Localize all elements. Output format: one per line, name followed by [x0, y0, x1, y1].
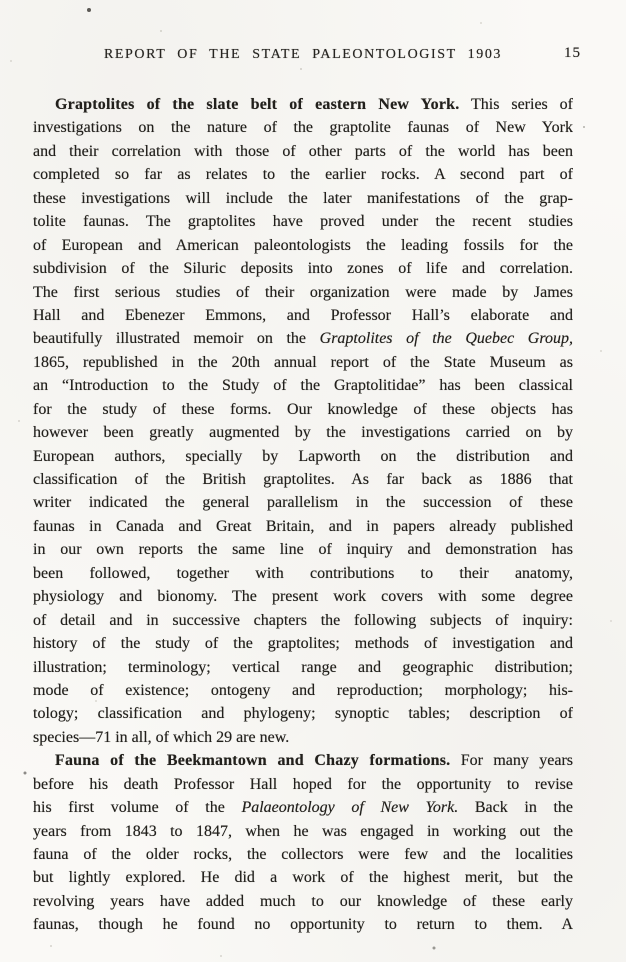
page-body: Graptolites of the slate belt of eastern…: [33, 93, 573, 937]
text-line: mode of existence; ontogeny and reproduc…: [33, 679, 573, 702]
text-run: faunas in Canada and Great Britain, and …: [33, 518, 573, 535]
text-line: beautifully illustrated memoir on the Gr…: [33, 327, 573, 350]
text-line: an “Introduction to the Study of the Gra…: [33, 374, 573, 397]
text-line: fauna of the older rocks, the collectors…: [33, 843, 573, 866]
text-run: in our own reports the same line of inqu…: [33, 541, 573, 558]
text-line: Graptolites of the slate belt of eastern…: [33, 93, 573, 116]
text-line: species—71 in all, of which 29 are new.: [33, 726, 573, 749]
text-run: for the study of these forms. Our knowle…: [33, 401, 573, 418]
text-line: subdivision of the Siluric deposits into…: [33, 257, 573, 280]
running-head: REPORT OF THE STATE PALEONTOLOGIST 1903 …: [33, 45, 573, 65]
text-run: of European and American paleontologists…: [33, 237, 573, 254]
text-run: subdivision of the Siluric deposits into…: [33, 260, 573, 277]
text-line: Hall and Ebenezer Emmons, and Professor …: [33, 304, 573, 327]
scan-noise-specks: [0, 0, 2, 2]
text-run: Graptolites of the Quebec Group,: [320, 330, 573, 347]
text-run: The first serious studies of their organ…: [33, 284, 573, 301]
page-number: 15: [564, 45, 581, 62]
text-run: Back in the: [458, 799, 573, 816]
text-run: before his death Professor Hall hoped fo…: [33, 776, 573, 793]
text-run: revolving years have added much to our k…: [33, 893, 573, 910]
text-line: investigations on the nature of the grap…: [33, 116, 573, 139]
text-run: This series of: [459, 96, 573, 113]
text-run: tology; classification and phylogeny; sy…: [33, 705, 573, 722]
text-line: 1865, republished in the 20th annual rep…: [33, 351, 573, 374]
text-run: illustration; terminology; vertical rang…: [33, 659, 573, 676]
text-run: and their correlation with those of othe…: [33, 143, 573, 160]
text-run: Hall and Ebenezer Emmons, and Professor …: [33, 307, 573, 324]
text-line: writer indicated the general parallelism…: [33, 491, 573, 514]
text-line: been followed, together with contributio…: [33, 562, 573, 585]
text-run: Palaeontology of New York.: [241, 799, 458, 816]
section-heading-run: Graptolites of the slate belt of eastern…: [55, 96, 459, 113]
text-line: history of the study of the graptolites;…: [33, 632, 573, 655]
text-line: his first volume of the Palaeontology of…: [33, 796, 573, 819]
text-line: but lightly explored. He did a work of t…: [33, 866, 573, 889]
text-line: of detail and in successive chapters the…: [33, 609, 573, 632]
text-run: his first volume of the: [33, 799, 241, 816]
text-line: physiology and bionomy. The present work…: [33, 585, 573, 608]
text-line: The first serious studies of their organ…: [33, 281, 573, 304]
text-run: mode of existence; ontogeny and reproduc…: [33, 682, 573, 699]
text-line: classification of the British graptolite…: [33, 468, 573, 491]
text-line: and their correlation with those of othe…: [33, 140, 573, 163]
text-line: faunas in Canada and Great Britain, and …: [33, 515, 573, 538]
text-line: tology; classification and phylogeny; sy…: [33, 702, 573, 725]
text-line: European authors, specially by Lapworth …: [33, 445, 573, 468]
text-run: investigations on the nature of the grap…: [33, 119, 573, 136]
text-line: faunas, though he found no opportunity t…: [33, 913, 573, 936]
text-run: European authors, specially by Lapworth …: [33, 448, 573, 465]
paragraph: Graptolites of the slate belt of eastern…: [33, 93, 573, 749]
text-run: For many years: [450, 752, 573, 769]
text-run: been followed, together with contributio…: [33, 565, 573, 582]
text-line: completed so far as relates to the earli…: [33, 163, 573, 186]
text-run: 1865, republished in the 20th annual rep…: [33, 354, 573, 371]
text-line: tolite faunas. The graptolites have prov…: [33, 210, 573, 233]
text-run: physiology and bionomy. The present work…: [33, 588, 573, 605]
text-run: fauna of the older rocks, the collectors…: [33, 846, 573, 863]
text-run: beautifully illustrated memoir on the: [33, 330, 320, 347]
text-line: years from 1843 to 1847, when he was eng…: [33, 820, 573, 843]
text-run: years from 1843 to 1847, when he was eng…: [33, 823, 573, 840]
text-line: of European and American paleontologists…: [33, 234, 573, 257]
text-line: for the study of these forms. Our knowle…: [33, 398, 573, 421]
text-run: writer indicated the general parallelism…: [33, 494, 573, 511]
paragraph: Fauna of the Beekmantown and Chazy forma…: [33, 749, 573, 937]
text-line: before his death Professor Hall hoped fo…: [33, 773, 573, 796]
text-run: of detail and in successive chapters the…: [33, 612, 573, 629]
text-run: species—71 in all, of which 29 are new.: [33, 729, 289, 746]
text-line: illustration; terminology; vertical rang…: [33, 656, 573, 679]
text-line: Fauna of the Beekmantown and Chazy forma…: [33, 749, 573, 772]
section-heading-run: Fauna of the Beekmantown and Chazy forma…: [55, 752, 450, 769]
running-head-title: REPORT OF THE STATE PALEONTOLOGIST 1903: [104, 47, 502, 62]
text-run: faunas, though he found no opportunity t…: [33, 916, 573, 933]
text-run: these investigations will include the la…: [33, 190, 573, 207]
text-line: however been greatly augmented by the in…: [33, 421, 573, 444]
text-line: revolving years have added much to our k…: [33, 890, 573, 913]
text-run: history of the study of the graptolites;…: [33, 635, 573, 652]
text-run: an “Introduction to the Study of the Gra…: [33, 377, 573, 394]
text-run: completed so far as relates to the earli…: [33, 166, 573, 183]
scanned-book-page: REPORT OF THE STATE PALEONTOLOGIST 1903 …: [0, 0, 626, 962]
text-line: these investigations will include the la…: [33, 187, 573, 210]
text-run: tolite faunas. The graptolites have prov…: [33, 213, 573, 230]
text-run: however been greatly augmented by the in…: [33, 424, 573, 441]
text-run: classification of the British graptolite…: [33, 471, 573, 488]
text-run: but lightly explored. He did a work of t…: [33, 869, 573, 886]
text-line: in our own reports the same line of inqu…: [33, 538, 573, 561]
